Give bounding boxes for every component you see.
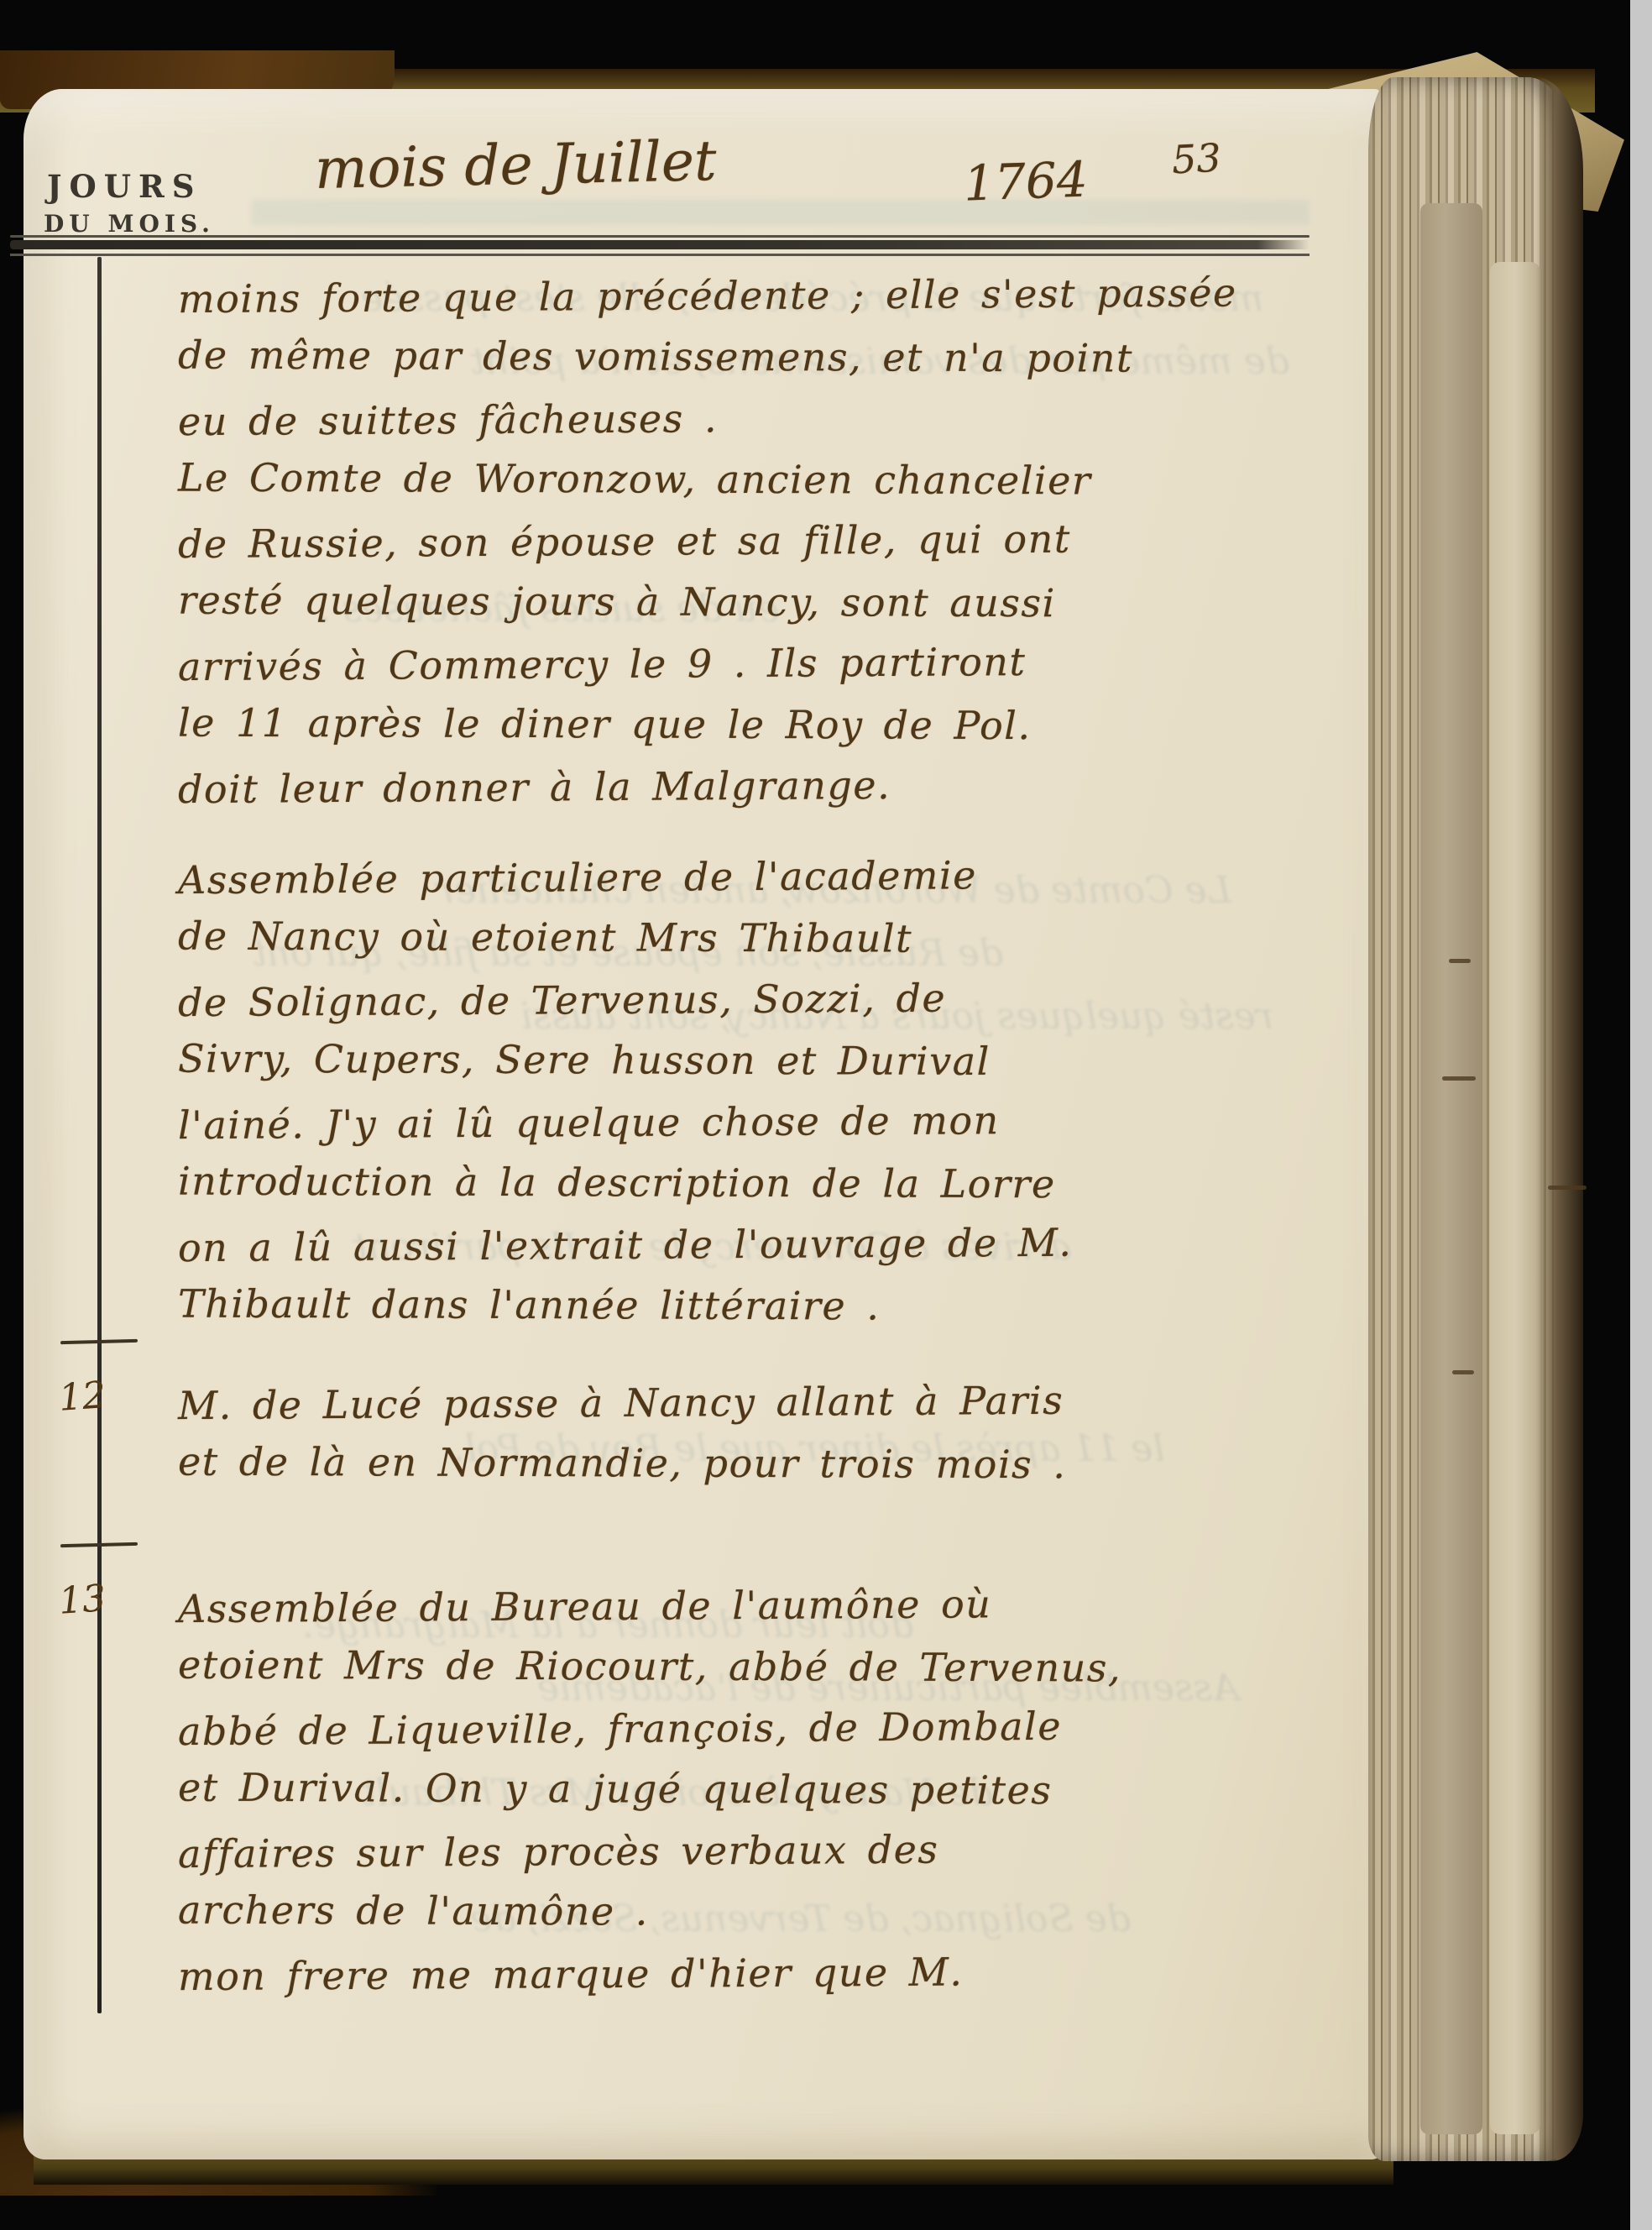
manuscript-line: arrivés à Commercy le 9 . Ils partiront — [178, 631, 1328, 699]
manuscript-line: abbé de Liqueville, françois, de Dombale — [178, 1696, 1328, 1764]
bleed-band — [252, 200, 1310, 225]
manuscript-line: de même par des vomissemens, et n'a poin… — [178, 327, 1328, 392]
edge-ink-mark — [1442, 1076, 1476, 1081]
page-edge-strip — [1490, 262, 1540, 2134]
day-column-rule — [97, 257, 102, 2013]
scanned-manuscript-page: moins forte que la précédente ; elle s'e… — [0, 0, 1652, 2230]
day-number: 12 — [57, 1374, 107, 1420]
manuscript-line: de Russie, son épouse et sa fille, qui o… — [178, 509, 1328, 577]
manuscript-line: eu de suittes fâcheuses . — [178, 386, 1328, 454]
edge-ink-mark — [1449, 959, 1471, 963]
manuscript-line: moins forte que la précédente ; elle s'e… — [178, 264, 1328, 332]
manuscript-line: Assemblée du Bureau de l'aumône où — [178, 1573, 1328, 1641]
rule-line — [10, 254, 1310, 256]
manuscript-line: de Nancy où etoient Mrs Thibault — [178, 908, 1328, 973]
month-title: mois de Juillet — [314, 128, 717, 202]
journal-entry: 12M. de Lucé passe à Nancy allant à Pari… — [178, 1374, 1328, 1496]
page-number: 53 — [1171, 135, 1222, 183]
journal-entry: Assemblée particuliere de l'academiede N… — [178, 848, 1328, 1338]
book-fore-edge-pages — [1368, 77, 1578, 2161]
rule-line — [10, 235, 1310, 238]
edge-ink-mark — [1548, 1186, 1587, 1190]
manuscript-line: M. de Lucé passe à Nancy allant à Paris — [178, 1370, 1328, 1438]
manuscript-line: de Solignac, de Tervenus, Sozzi, de — [178, 967, 1328, 1035]
printed-column-header-line1: JOURS — [47, 168, 201, 205]
page-edge-strip — [1420, 203, 1482, 2134]
manuscript-line: etoient Mrs de Riocourt, abbé de Tervenu… — [178, 1636, 1328, 1702]
manuscript-line: resté quelques jours à Nancy, sont aussi — [178, 572, 1328, 637]
rule-line — [10, 240, 1310, 249]
printed-column-header-line2: DU MOIS. — [44, 210, 215, 238]
manuscript-line: on a lû aussi l'extrait de l'ouvrage de … — [178, 1212, 1328, 1280]
page-edge-rough — [1536, 77, 1583, 2161]
manuscript-line: archers de l'aumône . — [178, 1882, 1328, 1947]
manuscript-line: le 11 après le diner que le Roy de Pol. — [178, 694, 1328, 760]
manuscript-line: et de là en Normandie, pour trois mois . — [178, 1433, 1328, 1499]
manuscript-line: Le Comte de Woronzow, ancien chancelier — [178, 449, 1328, 515]
journal-entry: 13Assemblée du Bureau de l'aumône oùetoi… — [178, 1577, 1328, 2006]
edge-ink-mark — [1452, 1370, 1474, 1374]
year-label: 1764 — [963, 150, 1089, 212]
header-double-rule — [10, 235, 1310, 256]
scanner-bed-strip — [1630, 0, 1652, 2230]
manuscript-line: Thibault dans l'année littéraire . — [178, 1275, 1328, 1341]
journal-entry: moins forte que la précédente ; elle s'e… — [178, 267, 1328, 819]
manuscript-line: doit leur donner à la Malgrange. — [178, 754, 1328, 822]
manuscript-line: Assemblée particuliere de l'academie — [178, 845, 1328, 913]
manuscript-line: et Durival. On y a jugé quelques petites — [178, 1759, 1328, 1824]
manuscript-line: affaires sur les procès verbaux des — [178, 1819, 1328, 1887]
manuscript-line: l'ainé. J'y ai lû quelque chose de mon — [178, 1090, 1328, 1158]
manuscript-line: Sivry, Cupers, Sere husson et Durival — [178, 1030, 1328, 1096]
manuscript-line: introduction à la description de la Lorr… — [178, 1153, 1328, 1218]
day-number: 13 — [57, 1577, 107, 1623]
manuscript-line: mon frere me marque d'hier que M. — [178, 1941, 1328, 2009]
